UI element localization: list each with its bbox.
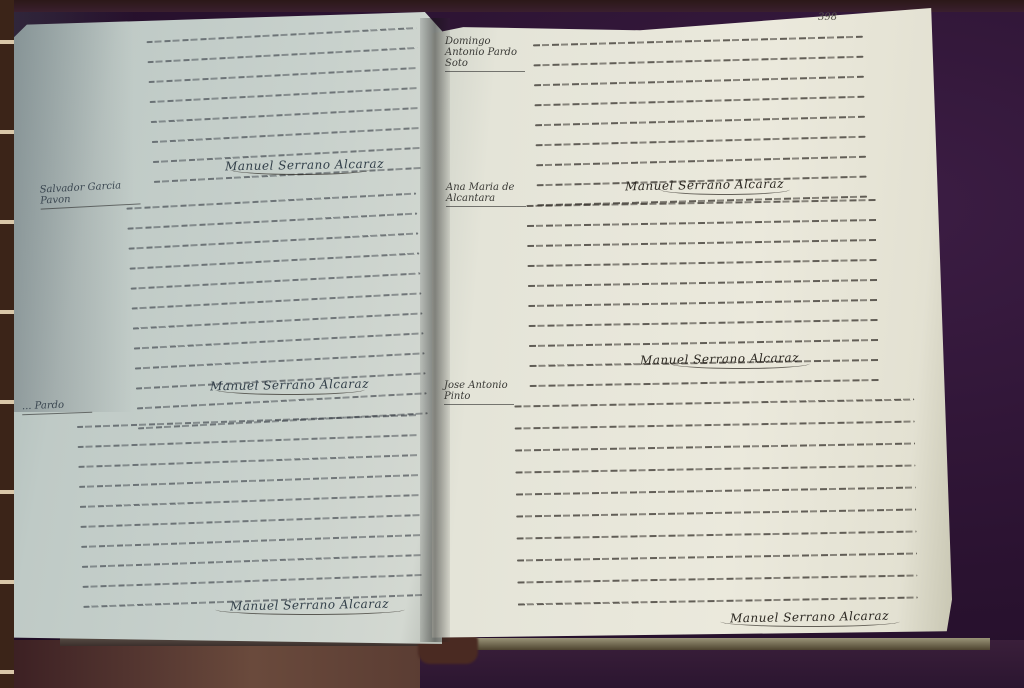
left-entry-2 — [126, 183, 428, 438]
display-case-top-edge — [0, 0, 1024, 12]
wooden-frame-left — [0, 0, 14, 688]
right-margin-note-3: Jose Antonio Pinto — [444, 380, 514, 405]
right-page-bottom-edge — [430, 638, 990, 650]
signature-flourish — [670, 358, 810, 369]
book-gutter — [420, 18, 450, 642]
signature-flourish — [215, 604, 405, 615]
signature-flourish — [215, 384, 365, 395]
right-margin-note-2: Ana Maria de Alcantara — [446, 182, 526, 207]
page-number: 398 — [818, 12, 837, 23]
left-page-shadow — [14, 12, 134, 412]
right-entry-3 — [514, 389, 918, 616]
signature-flourish — [720, 616, 900, 627]
signature-flourish — [230, 164, 370, 175]
table-surface — [0, 640, 420, 688]
right-margin-note-1: Domingo Antonio Pardo Soto — [445, 36, 525, 72]
left-margin-note-3: ... Pardo — [22, 399, 92, 415]
left-entry-3 — [77, 404, 424, 616]
